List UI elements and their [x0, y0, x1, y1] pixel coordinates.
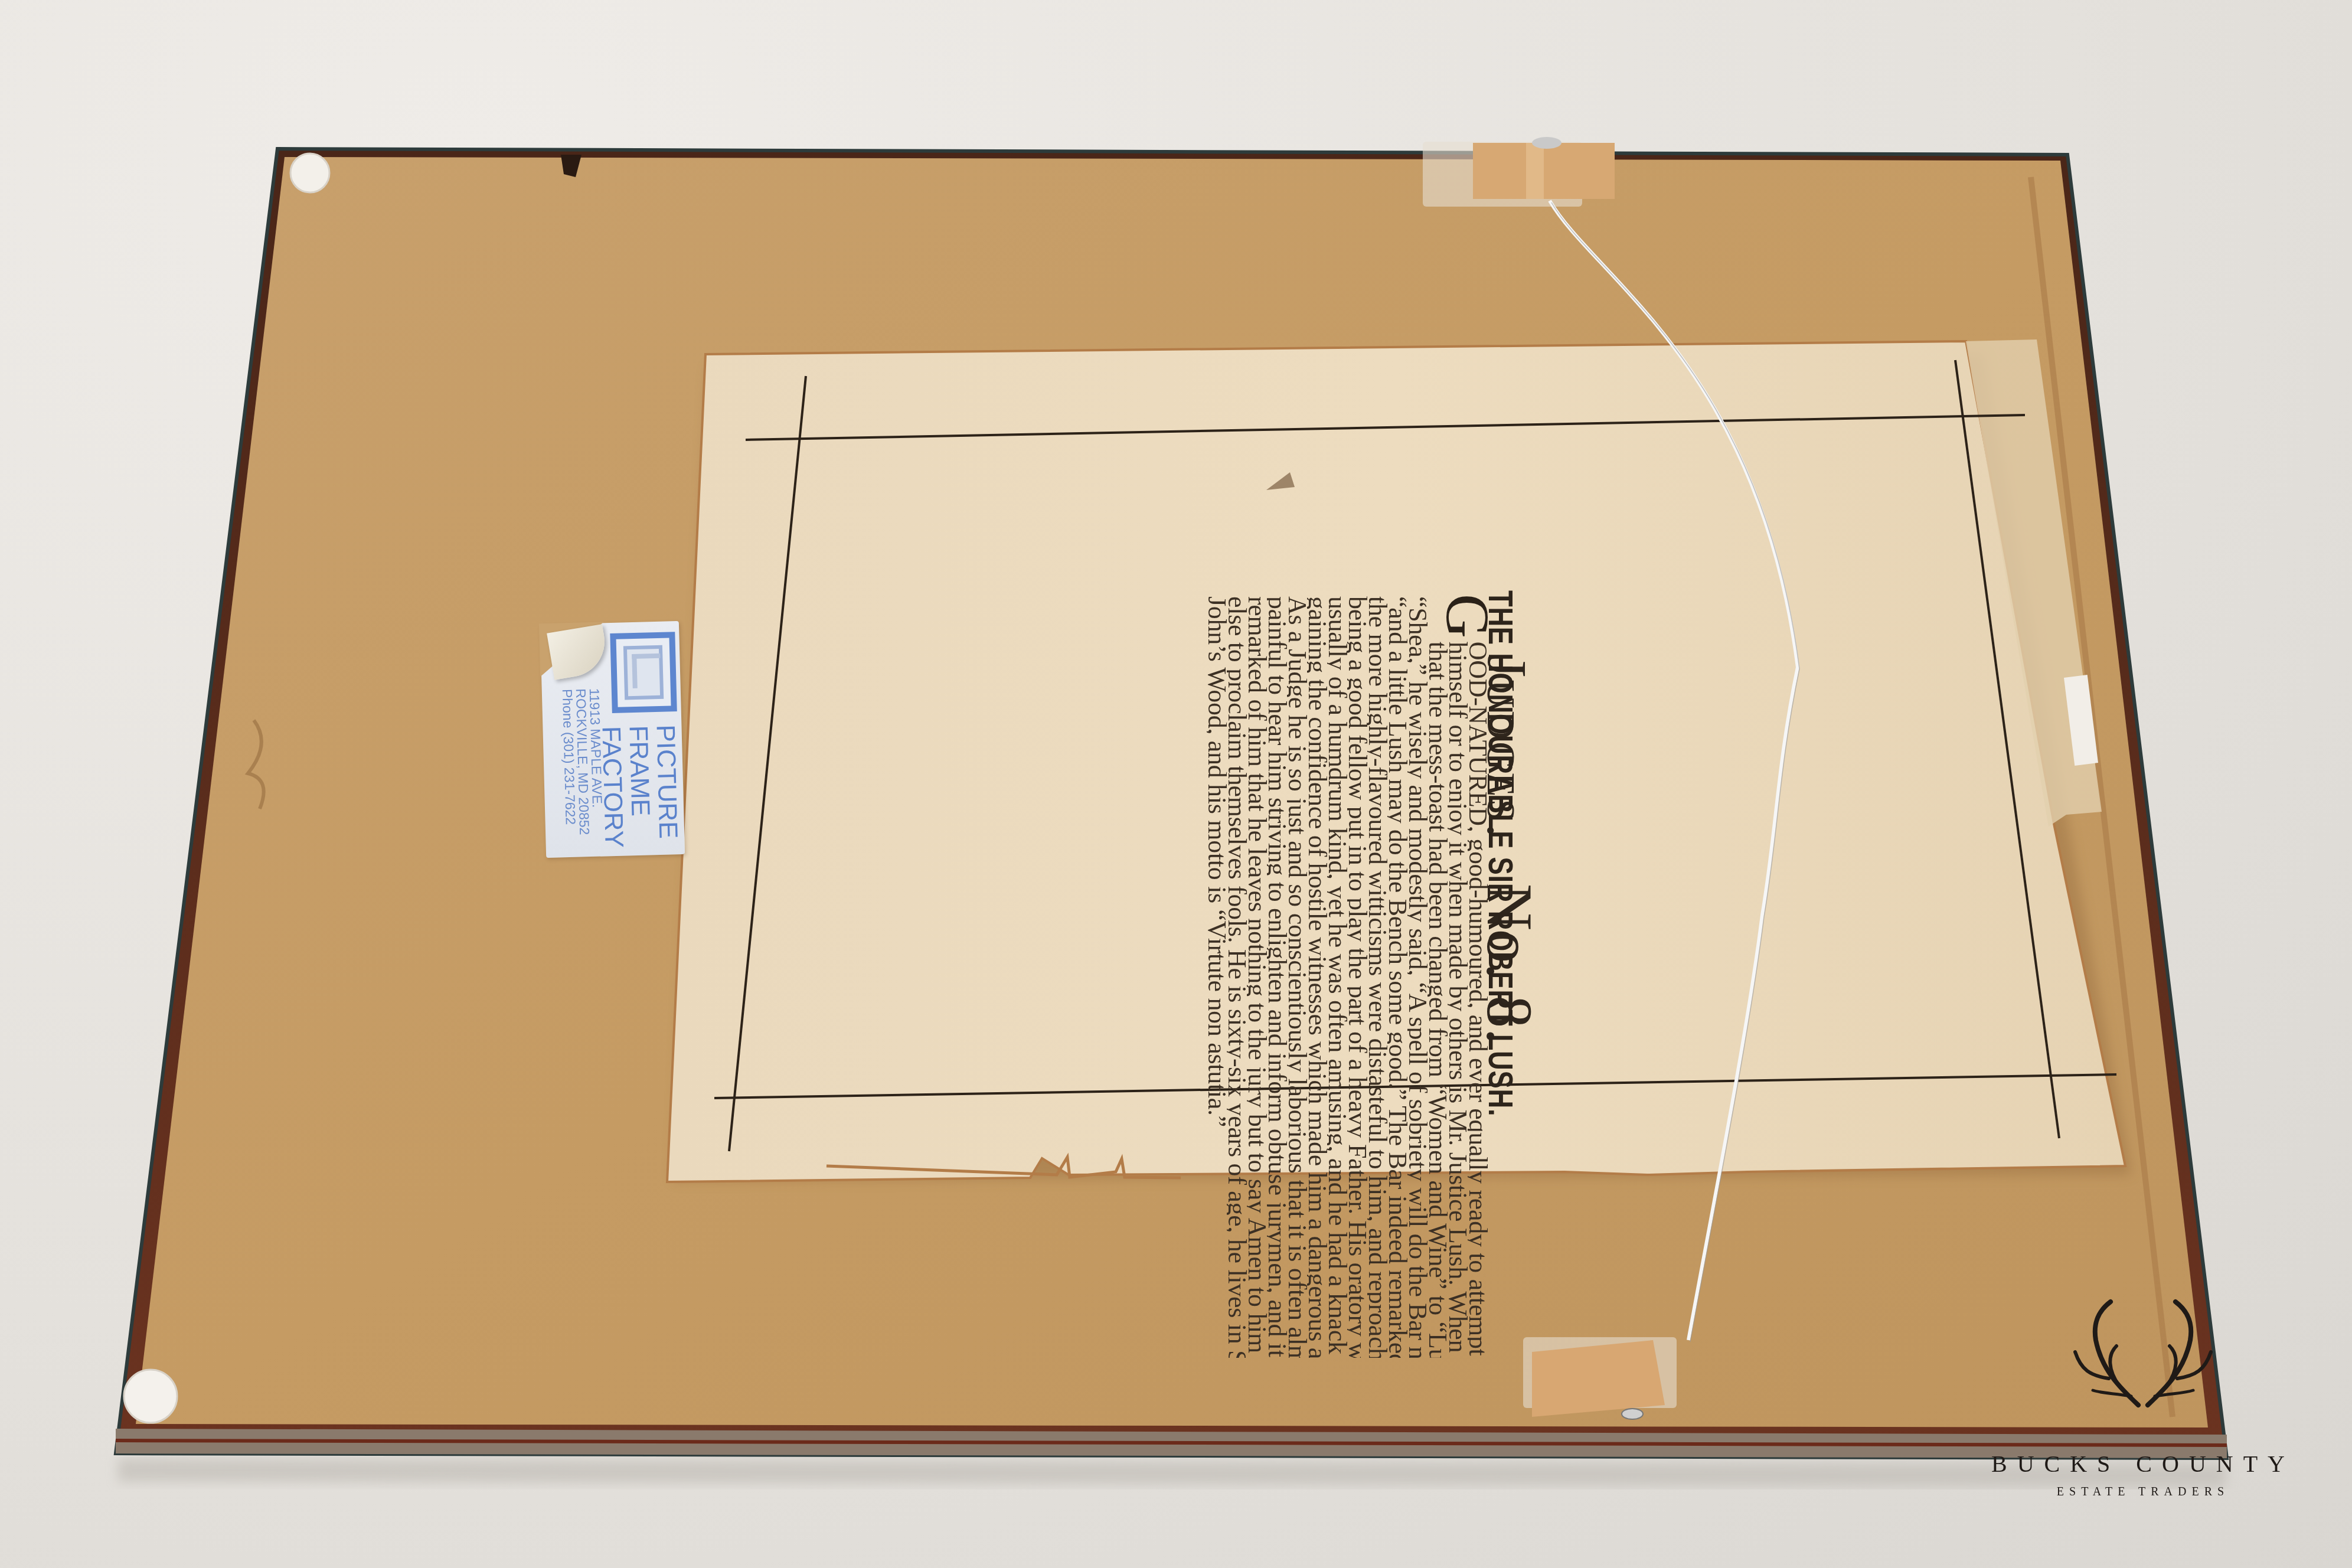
article-body: G OOD-NATURED, good-humoured, and ever e… [1207, 596, 1488, 1358]
photo-scene: Judges. No. 8. THE HONOURABLE SIR ROBERT… [0, 0, 2352, 1568]
body-line: OOD-NATURED, good-humoured, and ever equ… [1468, 642, 1488, 1358]
frame-artwork [0, 0, 2352, 1568]
body-line: gaining the confidence of hostile witnes… [1307, 596, 1327, 1358]
watermark-tagline: ESTATE TRADERS [1990, 1485, 2297, 1499]
hanger-top [1423, 137, 1615, 207]
body-line: being a good fellow put in to play the p… [1347, 596, 1367, 1358]
label-address: 11913 MAPLE AVE. ROCKVILLE, MD 20852 Pho… [560, 688, 605, 835]
felt-bumper-top-left [290, 153, 329, 192]
felt-bumper-bottom-left [124, 1370, 177, 1423]
body-line: remarked of him that he leaves nothing t… [1247, 596, 1267, 1358]
watermark-name: BUCKS COUNTY [1990, 1450, 2297, 1478]
framer-label: PICTURE FRAME FACTORY 11913 MAPLE AVE. R… [540, 621, 685, 858]
body-line: the more highly-flavoured witticisms wer… [1367, 596, 1387, 1358]
body-line: “Shea,” he wisely and modestly said, “A … [1407, 596, 1427, 1358]
body-line: John’s Wood, and his motto is “Virtute n… [1207, 596, 1227, 1358]
body-line: painful to hear him striving to enlighte… [1267, 596, 1287, 1358]
body-line: “and a little Lush may do the Bench some… [1387, 596, 1407, 1358]
frame-logo-icon [610, 632, 677, 713]
drop-cap: G [1446, 594, 1488, 638]
body-line: that the mess-toast had been changed fro… [1427, 642, 1448, 1358]
watermark: BUCKS COUNTY ESTATE TRADERS [1990, 1340, 2297, 1517]
hanger-bottom [1523, 1337, 1677, 1419]
body-line: else to proclaim themselves fools. He is… [1227, 596, 1247, 1358]
body-line: As a Judge he is so just and so conscien… [1287, 596, 1307, 1358]
label-brand: PICTURE FRAME FACTORY [597, 724, 681, 848]
body-line: usually of a humdrum kind, yet he was of… [1327, 596, 1347, 1358]
body-line: himself or to enjoy it when made by othe… [1448, 642, 1468, 1358]
